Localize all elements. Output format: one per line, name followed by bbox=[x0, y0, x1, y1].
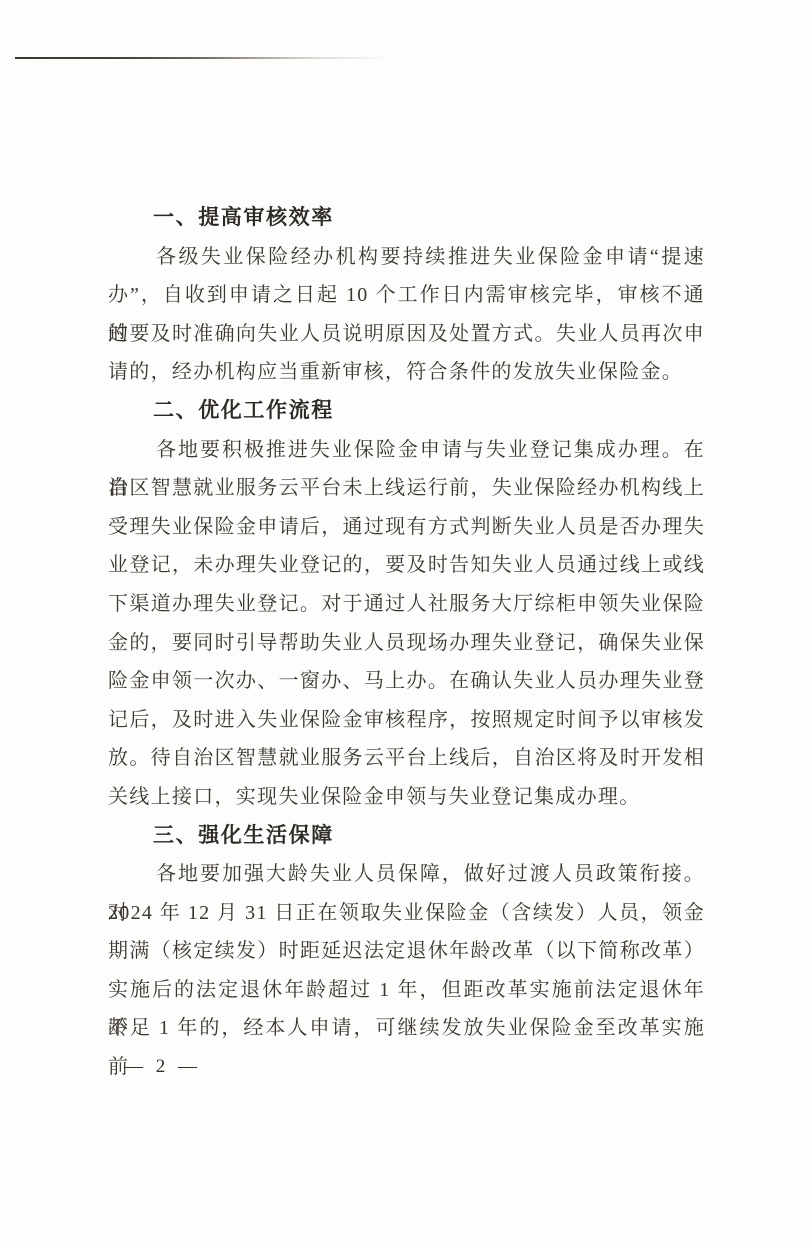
section-1-heading: 一、提高审核效率 bbox=[108, 199, 705, 238]
text-line: 险金申领一次办、一窗办、马上办。在确认失业人员办理失业登 bbox=[108, 662, 705, 701]
text-line: 各级失业保险经办机构要持续推进失业保险金申请“提速 bbox=[108, 238, 705, 277]
text-line: 关线上接口，实现失业保险金申领与失业登记集成办理。 bbox=[108, 778, 705, 817]
scan-artifact-line bbox=[15, 57, 390, 59]
text-line: 下渠道办理失业登记。对于通过人社服务大厅综柜申领失业保险 bbox=[108, 585, 705, 624]
text-line: 记后，及时进入失业保险金审核程序，按照规定时间予以审核发 bbox=[108, 701, 705, 740]
text-line: 业登记，未办理失业登记的，要及时告知失业人员通过线上或线 bbox=[108, 546, 705, 585]
section-3-heading: 三、强化生活保障 bbox=[108, 817, 705, 856]
text-line: 各地要积极推进失业保险金申请与失业登记集成办理。在自 bbox=[108, 431, 705, 470]
text-line: 不足 1 年的，经本人申请，可继续发放失业保险金至改革实施前 bbox=[108, 1009, 705, 1048]
text-line: 办”，自收到申请之日起 10 个工作日内需审核完毕，审核不通过 bbox=[108, 276, 705, 315]
text-line: 请的，经办机构应当重新审核，符合条件的发放失业保险金。 bbox=[108, 353, 705, 392]
text-line: 治区智慧就业服务云平台未上线运行前，失业保险经办机构线上 bbox=[108, 469, 705, 508]
scanned-document-page: 一、提高审核效率 各级失业保险经办机构要持续推进失业保险金申请“提速 办”，自收… bbox=[0, 0, 812, 1243]
text-line: 期满（核定续发）时距延迟法定退休年龄改革（以下简称改革） bbox=[108, 932, 705, 971]
text-line: 实施后的法定退休年龄超过 1 年，但距改革实施前法定退休年龄 bbox=[108, 971, 705, 1010]
text-line: 放。待自治区智慧就业服务云平台上线后，自治区将及时开发相 bbox=[108, 739, 705, 778]
text-line: 各地要加强大龄失业人员保障，做好过渡人员政策衔接。对 bbox=[108, 855, 705, 894]
document-body: 一、提高审核效率 各级失业保险经办机构要持续推进失业保险金申请“提速 办”，自收… bbox=[108, 199, 705, 1048]
text-line: 受理失业保险金申请后，通过现有方式判断失业人员是否办理失 bbox=[108, 508, 705, 547]
text-line: 2024 年 12 月 31 日正在领取失业保险金（含续发）人员，领金 bbox=[108, 894, 705, 933]
text-line: 金的，要同时引导帮助失业人员现场办理失业登记，确保失业保 bbox=[108, 624, 705, 663]
page-number: — 2 — bbox=[124, 1048, 201, 1087]
text-line: 的要及时准确向失业人员说明原因及处置方式。失业人员再次申 bbox=[108, 315, 705, 354]
section-2-heading: 二、优化工作流程 bbox=[108, 392, 705, 431]
